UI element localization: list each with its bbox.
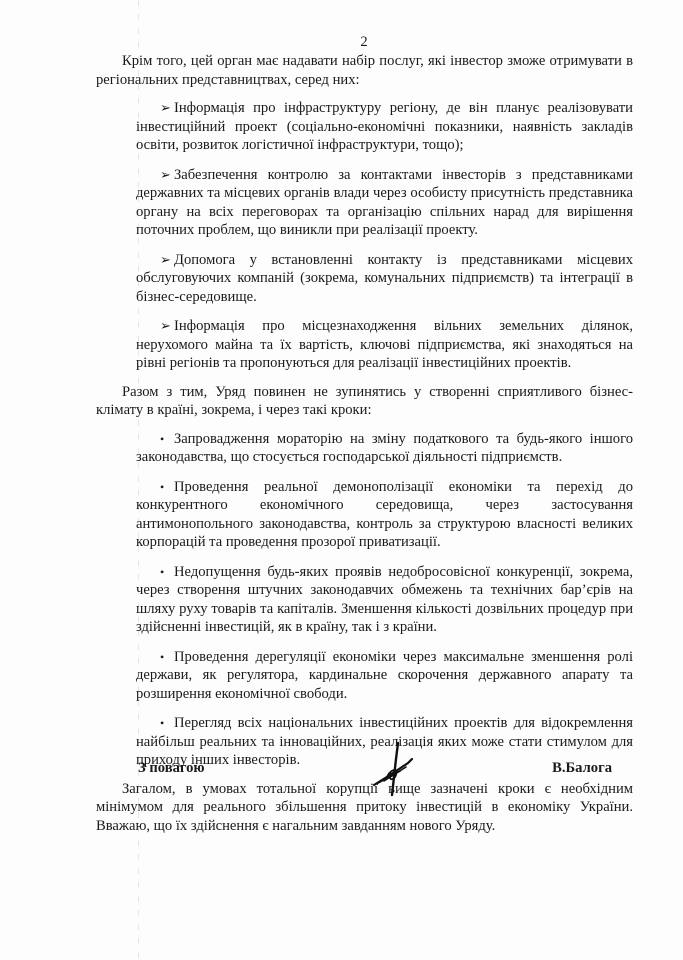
letter-body: Крім того, цей орган має надавати набір … [96, 52, 633, 845]
list-item: •Недопущення будь-яких проявів недобросо… [136, 563, 633, 637]
list-item: ➢Інформація про інфраструктуру регіону, … [136, 99, 633, 155]
list-item: ➢Забезпечення контролю за контактами інв… [136, 166, 633, 240]
arrow-bullet-icon: ➢ [160, 317, 174, 336]
arrow-bullet-icon: ➢ [160, 99, 174, 118]
arrow-bullet-icon: ➢ [160, 251, 174, 270]
second-paragraph: Разом з тим, Уряд повинен не зупинятись … [96, 383, 633, 420]
list-item: ➢Допомога у встановленні контакту із пре… [136, 251, 633, 307]
dot-bullet-icon: • [160, 648, 174, 667]
dot-bullet-icon: • [160, 714, 174, 733]
arrow-bullet-icon: ➢ [160, 166, 174, 185]
intro-paragraph: Крім того, цей орган має надавати набір … [96, 52, 633, 89]
list-item: •Проведення реальної демонополізації еко… [136, 478, 633, 552]
signatory-name: В.Балога [552, 759, 612, 778]
list-item: ➢Інформація про місцезнаходження вільних… [136, 317, 633, 373]
dot-bullet-icon: • [160, 563, 174, 582]
list-item: •Проведення дерегуляції економіки через … [136, 648, 633, 704]
signoff-block: З повагою В.Балога [138, 759, 612, 819]
list-item: •Запровадження мораторію на зміну податк… [136, 430, 633, 467]
dot-bullet-icon: • [160, 478, 174, 497]
dot-bullet-icon: • [160, 430, 174, 449]
signature-icon [370, 741, 416, 797]
regards-text: З повагою [138, 759, 205, 778]
steps-list: •Запровадження мораторію на зміну податк… [136, 430, 633, 770]
document-page: 2 Крім того, цей орган має надавати набі… [0, 0, 683, 960]
page-number: 2 [0, 33, 683, 52]
services-list: ➢Інформація про інфраструктуру регіону, … [136, 99, 633, 373]
